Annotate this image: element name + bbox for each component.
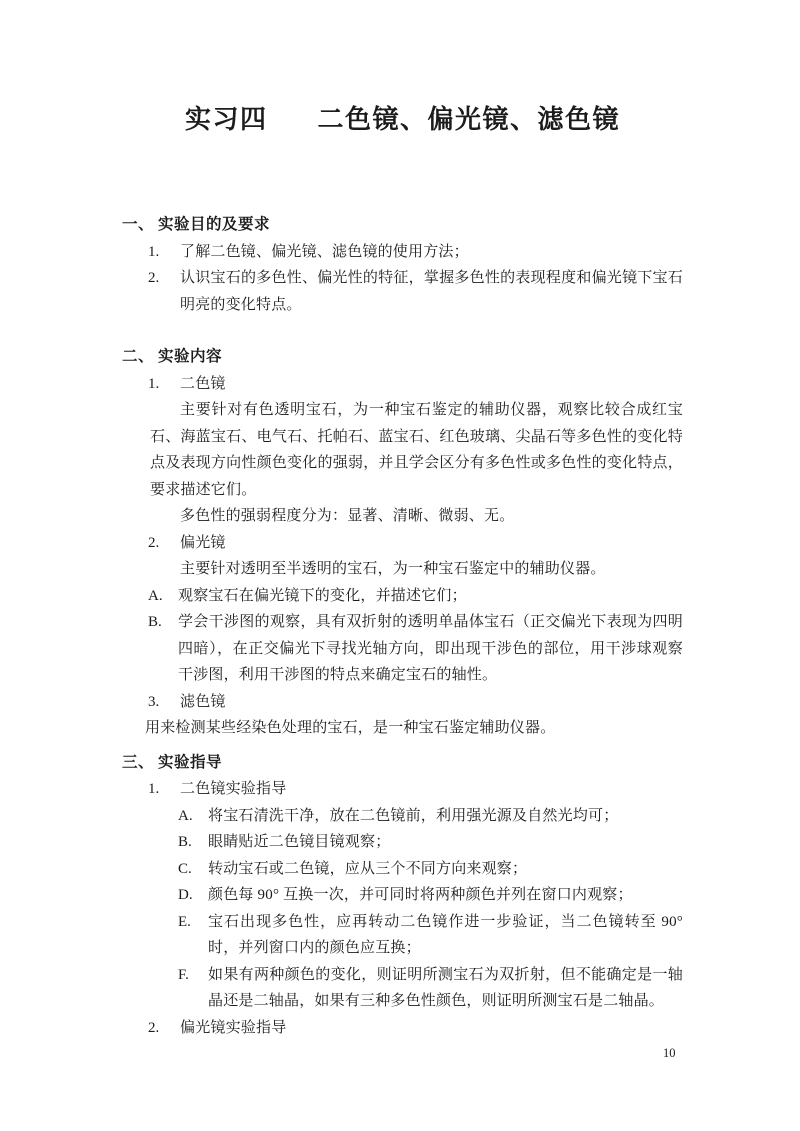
document-title-part1: 实习四 (185, 104, 268, 134)
list-item-marker: C. (178, 856, 208, 883)
document-title: 实习四二色镜、偏光镜、滤色镜 (122, 100, 683, 138)
list-item-marker: 1. (148, 239, 180, 266)
list-item-text: 二色镜实验指导 (180, 776, 683, 803)
page-number: 10 (663, 1045, 676, 1061)
list-item-text: 宝石出现多色性，应再转动二色镜作进一步验证，当二色镜转至 90° 时，并列窗口内… (208, 909, 683, 962)
section1-heading: 一、 实验目的及要求 (122, 212, 683, 239)
list-item: 2. 偏光镜 (148, 530, 683, 557)
section2-title: 实验内容 (158, 344, 222, 371)
paragraph-pleochroism-grades: 多色性的强弱程度分为：显著、清晰、微弱、无。 (150, 503, 683, 530)
section3-marker: 三、 (122, 750, 158, 777)
list-item-text: 了解二色镜、偏光镜、滤色镜的使用方法； (180, 239, 683, 266)
list-item-marker: 1. (148, 371, 180, 398)
list-item: B. 眼睛贴近二色镜目镜观察； (178, 829, 683, 856)
list-item-marker: B. (148, 609, 178, 689)
paragraph-dichroscope-description: 主要针对有色透明宝石，为一种宝石鉴定的辅助仪器，观察比较合成红宝石、海蓝宝石、电… (150, 397, 683, 503)
section1-title: 实验目的及要求 (158, 212, 270, 239)
list-item: 2. 认识宝石的多色性、偏光性的特征，掌握多色性的表现程度和偏光镜下宝石明亮的变… (148, 265, 683, 318)
list-item-marker: 2. (148, 1015, 180, 1042)
list-item-text: 观察宝石在偏光镜下的变化，并描述它们； (178, 583, 683, 610)
list-item: A. 观察宝石在偏光镜下的变化，并描述它们； (148, 583, 683, 610)
list-item: E. 宝石出现多色性，应再转动二色镜作进一步验证，当二色镜转至 90° 时，并列… (178, 909, 683, 962)
list-item: F. 如果有两种颜色的变化，则证明所测宝石为双折射，但不能确定是一轴晶还是二轴晶… (178, 962, 683, 1015)
list-item: 1. 二色镜实验指导 (148, 776, 683, 803)
list-item: A. 将宝石清洗干净，放在二色镜前，利用强光源及自然光均可； (178, 803, 683, 830)
list-item: C. 转动宝石或二色镜，应从三个不同方向来观察； (178, 856, 683, 883)
list-item: 1. 二色镜 (148, 371, 683, 398)
list-item-marker: F. (178, 962, 208, 1015)
section2-marker: 二、 (122, 344, 158, 371)
list-item-text: 转动宝石或二色镜，应从三个不同方向来观察； (208, 856, 683, 883)
section2-heading: 二、 实验内容 (122, 344, 683, 371)
list-item-marker: 3. (148, 689, 180, 716)
section3-heading: 三、 实验指导 (122, 750, 683, 777)
section-experiment-objectives: 一、 实验目的及要求 1. 了解二色镜、偏光镜、滤色镜的使用方法； 2. 认识宝… (122, 212, 683, 318)
list-item-text: 学会干涉图的观察，具有双折射的透明单晶体宝石（正交偏光下表现为四明四暗），在正交… (178, 609, 683, 689)
section-experiment-content: 二、 实验内容 1. 二色镜 主要针对有色透明宝石，为一种宝石鉴定的辅助仪器，观… (122, 344, 683, 742)
section3-title: 实验指导 (158, 750, 222, 777)
list-item: 3. 滤色镜 (148, 689, 683, 716)
list-item-marker: 2. (148, 530, 180, 557)
document-page: 实习四二色镜、偏光镜、滤色镜 一、 实验目的及要求 1. 了解二色镜、偏光镜、滤… (0, 0, 800, 1131)
list-item-marker: A. (148, 583, 178, 610)
list-item-text: 将宝石清洗干净，放在二色镜前，利用强光源及自然光均可； (208, 803, 683, 830)
list-item-marker: 1. (148, 776, 180, 803)
list-item-marker: D. (178, 882, 208, 909)
list-item: 2. 偏光镜实验指导 (148, 1015, 683, 1042)
list-item-text: 偏光镜 (180, 530, 683, 557)
section1-marker: 一、 (122, 212, 158, 239)
list-item-text: 颜色每 90° 互换一次，并可同时将两种颜色并列在窗口内观察； (208, 882, 683, 909)
list-item-marker: E. (178, 909, 208, 962)
list-item: 1. 了解二色镜、偏光镜、滤色镜的使用方法； (148, 239, 683, 266)
document-title-part2: 二色镜、偏光镜、滤色镜 (318, 104, 621, 134)
list-item-text: 如果有两种颜色的变化，则证明所测宝石为双折射，但不能确定是一轴晶还是二轴晶，如果… (208, 962, 683, 1015)
list-item: D. 颜色每 90° 互换一次，并可同时将两种颜色并列在窗口内观察； (178, 882, 683, 909)
paragraph-polariscope-description: 主要针对透明至半透明的宝石，为一种宝石鉴定中的辅助仪器。 (150, 556, 683, 583)
section-experiment-guide: 三、 实验指导 1. 二色镜实验指导 A. 将宝石清洗干净，放在二色镜前，利用强… (122, 750, 683, 1042)
list-item-marker: 2. (148, 265, 180, 318)
list-item-marker: A. (178, 803, 208, 830)
list-item-text: 滤色镜 (180, 689, 683, 716)
paragraph-color-filter-description: 用来检测某些经染色处理的宝石，是一种宝石鉴定辅助仪器。 (145, 715, 683, 742)
list-item-text: 认识宝石的多色性、偏光性的特征，掌握多色性的表现程度和偏光镜下宝石明亮的变化特点… (180, 265, 683, 318)
list-item-text: 偏光镜实验指导 (180, 1015, 683, 1042)
list-item-text: 眼睛贴近二色镜目镜观察； (208, 829, 683, 856)
list-item-marker: B. (178, 829, 208, 856)
list-item-text: 二色镜 (180, 371, 683, 398)
list-item: B. 学会干涉图的观察，具有双折射的透明单晶体宝石（正交偏光下表现为四明四暗），… (148, 609, 683, 689)
